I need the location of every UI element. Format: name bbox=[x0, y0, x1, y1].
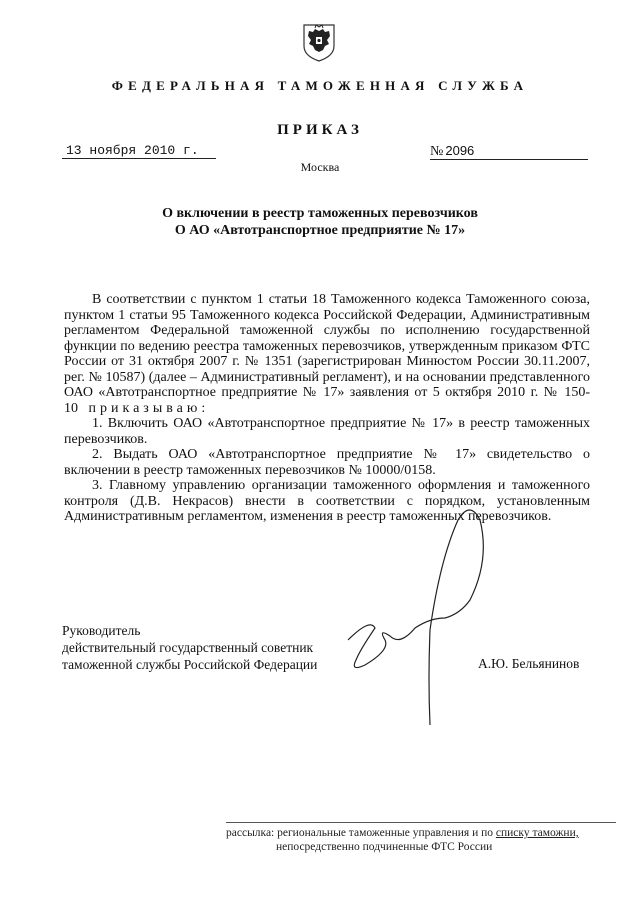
position-line-2: действительный государственный советник bbox=[62, 639, 317, 656]
signatory-position: Руководитель действительный государствен… bbox=[62, 622, 317, 673]
order-date: 13 ноября 2010 г. bbox=[62, 143, 216, 159]
number-sign: № bbox=[430, 144, 443, 159]
distribution-line-1: рассылка: региональные таможенные управл… bbox=[226, 826, 618, 840]
order-title: О включении в реестр таможенных перевозч… bbox=[0, 205, 640, 239]
preamble-paragraph: В соответствии с пунктом 1 статьи 18 Там… bbox=[64, 292, 590, 416]
distribution-list: рассылка: региональные таможенные управл… bbox=[226, 826, 618, 854]
item-2: 2. Выдать ОАО «Автотранспортное предприя… bbox=[64, 447, 590, 478]
handwritten-signature-icon bbox=[330, 500, 530, 730]
coat-of-arms-icon bbox=[300, 22, 338, 62]
order-number: №2096 bbox=[430, 143, 588, 160]
agency-name: ФЕДЕРАЛЬНАЯ ТАМОЖЕННАЯ СЛУЖБА bbox=[0, 78, 640, 94]
number-value: 2096 bbox=[445, 143, 474, 158]
footer-divider bbox=[226, 822, 616, 823]
preamble-text: В соответствии с пунктом 1 статьи 18 Там… bbox=[64, 292, 590, 416]
title-line-1: О включении в реестр таможенных перевозч… bbox=[0, 205, 640, 222]
title-line-2: О АО «Автотранспортное предприятие № 17» bbox=[0, 222, 640, 239]
item-1: 1. Включить ОАО «Автотранспортное предпр… bbox=[64, 416, 590, 447]
position-line-1: Руководитель bbox=[62, 622, 317, 639]
distribution-link[interactable]: списку таможни, bbox=[496, 827, 579, 839]
position-line-3: таможенной службы Российской Федерации bbox=[62, 656, 317, 673]
city: Москва bbox=[0, 160, 640, 175]
order-body: В соответствии с пунктом 1 статьи 18 Там… bbox=[64, 292, 590, 525]
order-word: приказываю: bbox=[89, 401, 210, 416]
distribution-prefix: рассылка: региональные таможенные управл… bbox=[226, 827, 496, 839]
document-type: ПРИКАЗ bbox=[0, 122, 640, 139]
distribution-line-2: непосредственно подчиненные ФТС России bbox=[226, 840, 618, 854]
